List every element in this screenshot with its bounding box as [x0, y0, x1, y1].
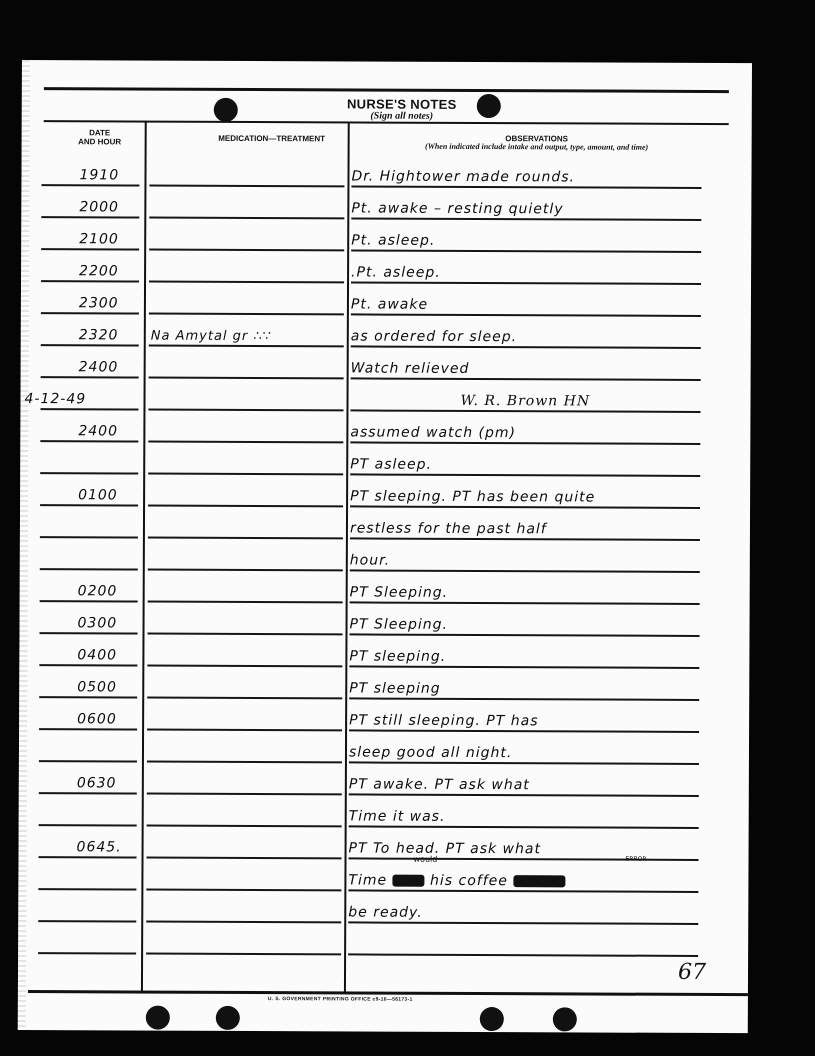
- table-row: 2300Pt. awake: [21, 283, 751, 317]
- date-cell-rule: [40, 504, 138, 506]
- entry-date: 2100: [61, 231, 151, 247]
- date-cell-rule: [39, 632, 137, 634]
- date-cell-rule: [38, 952, 136, 954]
- date-cell-rule: [40, 440, 138, 442]
- entry-observation: PT sleeping. PT has been quite: [350, 488, 595, 505]
- date-cell-rule: [41, 184, 139, 186]
- entry-date: 0630: [59, 775, 149, 791]
- entry-observation: Pt. awake – resting quietly: [351, 200, 563, 217]
- entry-observation: PT sleeping.: [349, 648, 446, 664]
- table-row: 0100PT sleeping. PT has been quite: [20, 475, 750, 509]
- table-row: 2000Pt. awake – resting quietly: [21, 187, 751, 221]
- form-title-block: NURSE'S NOTES (Sign all notes): [317, 96, 487, 122]
- date-cell-rule: [38, 888, 136, 890]
- scribbled-out-word: [513, 875, 565, 887]
- table-row: 2100Pt. asleep.: [21, 219, 751, 253]
- entry-observation: PT To head. PT ask what: [349, 840, 541, 857]
- entry-date: 0200: [60, 583, 150, 599]
- entry-observation: restless for the past half: [350, 520, 547, 537]
- date-cell-rule: [40, 568, 138, 570]
- top-rule: [44, 87, 729, 93]
- entry-observation: be ready.: [348, 904, 423, 920]
- table-row: PT asleep.: [20, 443, 750, 477]
- form-subtitle: (Sign all notes): [317, 110, 487, 122]
- punch-hole-top-left: [214, 98, 238, 122]
- entry-observation: PT still sleeping. PT has: [349, 712, 538, 729]
- table-row: 2320Na Amytal gr ∴∵as ordered for sleep.: [21, 315, 751, 349]
- entry-date: 2320: [61, 327, 151, 343]
- date-cell-rule: [38, 920, 136, 922]
- date-cell-rule: [39, 696, 137, 698]
- observation-cell-rule: [348, 953, 698, 957]
- entry-date: 2300: [61, 295, 151, 311]
- entry-date: 0645.: [59, 839, 149, 855]
- punch-hole-bottom-4: [553, 1007, 577, 1031]
- column-header-date: DATE AND HOUR: [50, 128, 150, 146]
- printing-office-footer: U. S. GOVERNMENT PRINTING OFFICE c9-16—5…: [268, 996, 413, 1003]
- date-cell-rule: [40, 600, 138, 602]
- entry-date: 2400: [61, 359, 151, 375]
- table-row: 0200PT Sleeping.: [20, 571, 750, 605]
- entry-observation: PT awake. PT ask what: [349, 776, 530, 793]
- entry-observation: Time his coffee: [348, 872, 565, 889]
- entry-observation: sleep good all night.: [349, 744, 512, 761]
- table-row: 4-12-49W. R. Brown HN: [20, 379, 750, 413]
- table-row: restless for the past half: [20, 507, 750, 541]
- punch-hole-bottom-1: [146, 1006, 170, 1030]
- date-cell-rule: [41, 312, 139, 314]
- entry-observation: PT sleeping: [349, 680, 440, 696]
- column-header-observations: OBSERVATIONS (When indicated include int…: [352, 133, 722, 152]
- table-row: sleep good all night.: [19, 731, 749, 765]
- punch-hole-bottom-2: [216, 1006, 240, 1030]
- entry-observation: .Pt. asleep.: [351, 264, 441, 280]
- date-cell-rule: [39, 792, 137, 794]
- scribbled-out-word: [393, 875, 425, 887]
- date-cell-rule: [40, 408, 138, 410]
- entry-observation: Pt. awake: [351, 296, 428, 312]
- entry-date: 0100: [60, 487, 150, 503]
- table-row: 1910Dr. Hightower made rounds.: [21, 155, 751, 189]
- column-header-medication: MEDICATION—TREATMENT: [172, 134, 372, 144]
- medication-cell-rule: [146, 953, 341, 956]
- bottom-rule: [28, 990, 748, 996]
- entry-date: 1910: [61, 167, 151, 183]
- entry-observation: as ordered for sleep.: [351, 328, 517, 345]
- table-row: 0500PT sleeping: [19, 667, 749, 701]
- table-row: 2200.Pt. asleep.: [21, 251, 751, 285]
- date-cell-rule: [40, 472, 138, 474]
- entry-date: 2200: [61, 263, 151, 279]
- table-row: hour.: [20, 539, 750, 573]
- entry-date: 2000: [61, 199, 151, 215]
- error-annotation: ERROR: [626, 856, 647, 863]
- date-cell-rule: [41, 280, 139, 282]
- table-row: 0300PT Sleeping.: [19, 603, 749, 637]
- entry-observation: PT Sleeping.: [350, 616, 449, 632]
- entry-date: 0600: [59, 711, 149, 727]
- table-row: Time it was.: [19, 795, 749, 829]
- entry-observation: Watch relieved: [351, 360, 470, 377]
- notes-table: 1910Dr. Hightower made rounds.2000Pt. aw…: [22, 60, 752, 63]
- observations-note: (When indicated include intake and outpu…: [352, 141, 722, 152]
- table-row: 2400assumed watch (pm): [20, 411, 750, 445]
- date-cell-rule: [40, 536, 138, 538]
- table-row: 0600PT still sleeping. PT has: [19, 699, 749, 733]
- table-row: be ready.: [18, 891, 748, 925]
- table-row: 0630PT awake. PT ask what: [19, 763, 749, 797]
- entry-observation: hour.: [350, 552, 390, 568]
- nurse-signature: W. R. Brown HN: [460, 393, 590, 410]
- table-row: wouldERRORTime his coffee: [18, 859, 748, 893]
- entry-observation: assumed watch (pm): [350, 424, 516, 441]
- date-cell-rule: [39, 856, 137, 858]
- entry-date: 4-12-49: [20, 391, 110, 407]
- punch-hole-bottom-3: [480, 1007, 504, 1031]
- entry-date: 2400: [60, 423, 150, 439]
- date-cell-rule: [41, 248, 139, 250]
- date-cell-rule: [41, 216, 139, 218]
- table-row: 2400Watch relieved: [21, 347, 751, 381]
- inserted-word: would: [413, 855, 437, 864]
- date-cell-rule: [39, 728, 137, 730]
- nurses-notes-page: NURSE'S NOTES (Sign all notes) DATE AND …: [18, 60, 752, 1033]
- entry-date: 0300: [60, 615, 150, 631]
- entry-observation: PT asleep.: [350, 456, 432, 472]
- date-cell-rule: [41, 344, 139, 346]
- table-row: [18, 923, 748, 957]
- date-cell-rule: [39, 664, 137, 666]
- entry-observation: PT Sleeping.: [350, 584, 449, 600]
- entry-observation: Time it was.: [349, 808, 446, 824]
- entry-date: 0500: [59, 679, 149, 695]
- table-row: 0400PT sleeping.: [19, 635, 749, 669]
- date-cell-rule: [39, 824, 137, 826]
- entry-observation: Pt. asleep.: [351, 232, 435, 248]
- date-cell-rule: [39, 760, 137, 762]
- date-cell-rule: [41, 376, 139, 378]
- entry-date: 0400: [59, 647, 149, 663]
- entry-observation: Dr. Hightower made rounds.: [351, 168, 575, 185]
- entry-medication: Na Amytal gr ∴∵: [151, 329, 272, 345]
- page-number: 67: [678, 960, 706, 985]
